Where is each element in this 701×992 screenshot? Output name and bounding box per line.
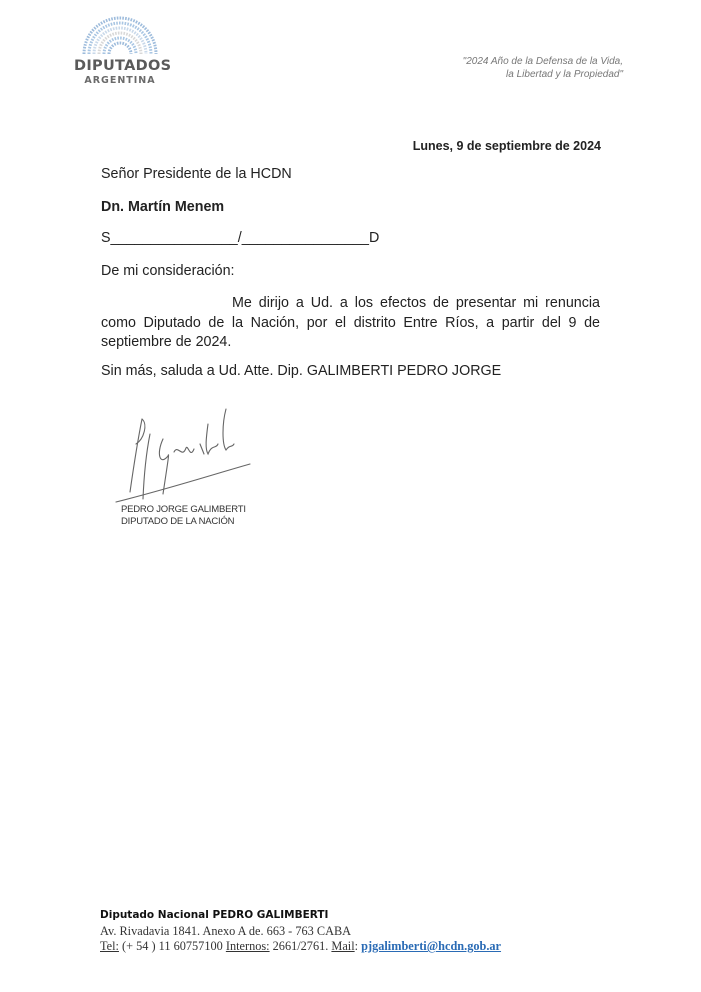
mail-label: Mail [331,939,354,953]
sd-line: S________________/________________D [101,230,379,246]
recipient-title: Señor Presidente de la HCDN [101,166,292,182]
footer-title: Diputado Nacional PEDRO GALIMBERTI [100,908,501,924]
footer: Diputado Nacional PEDRO GALIMBERTI Av. R… [100,908,501,955]
motto-line-2: la Libertad y la Propiedad" [463,68,623,81]
signature-name: PEDRO JORGE GALIMBERTI [121,504,246,515]
year-motto: "2024 Año de la Defensa de la Vida, la L… [463,55,623,81]
handwritten-signature [108,404,258,504]
logo-title: DIPUTADOS [74,58,166,74]
diputados-logo: DIPUTADOS ARGENTINA [74,16,166,86]
tel-value: (+ 54 ) 11 60757100 [119,939,226,953]
internos-label: Internos: [226,939,270,953]
footer-contact: Tel: (+ 54 ) 11 60757100 Internos: 2661/… [100,939,501,955]
footer-address: Av. Rivadavia 1841. Anexo A de. 663 - 76… [100,924,501,940]
letter-date: Lunes, 9 de septiembre de 2024 [413,139,601,153]
internos-value: 2661/2761. [270,939,332,953]
closing: Sin más, saluda a Ud. Atte. Dip. GALIMBE… [101,363,501,379]
greeting: De mi consideración: [101,263,235,279]
recipient-name: Dn. Martín Menem [101,199,224,215]
motto-line-1: "2024 Año de la Defensa de la Vida, [463,55,623,68]
tel-label: Tel: [100,939,119,953]
email-link[interactable]: pjgalimberti@hcdn.gob.ar [361,939,501,953]
signature-role: DIPUTADO DE LA NACIÓN [121,516,234,527]
letter-body-text: Me dirijo a Ud. a los efectos de present… [101,295,600,350]
hemicycle-icon [80,16,160,56]
logo-subtitle: ARGENTINA [74,75,166,86]
letter-body: Me dirijo a Ud. a los efectos de present… [101,294,600,353]
